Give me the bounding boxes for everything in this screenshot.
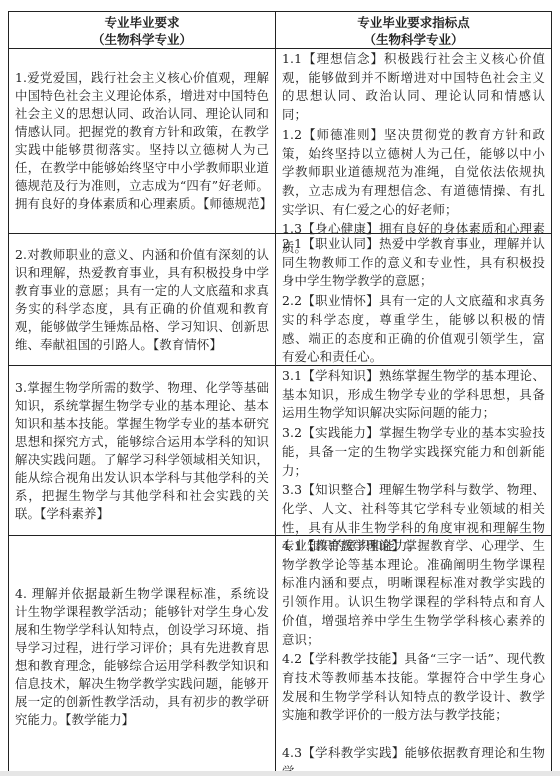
requirement-cell: 1.爱党爱国，践行社会主义核心价值观，理解中国特色社会主义理论体系，增进对中国特… bbox=[9, 49, 276, 233]
indicators-cell: 2.1【职业认同】热爱中学教育事业，理解并认同生物教师工作的意义和专业性，具有积… bbox=[276, 234, 551, 365]
indicator-item: 4.2【学科教学技能】具备“三字一话”、现代教育技术等教师基本技能。掌握符合中学… bbox=[282, 649, 545, 725]
table-row: 3.掌握生物学所需的数学、物理、化学等基础知识，系统掌握生物学专业的基本理论、基… bbox=[9, 366, 551, 536]
header-requirement-subtitle: （生物科学专业） bbox=[15, 31, 269, 48]
requirement-cell: 3.掌握生物学所需的数学、物理、化学等基础知识，系统掌握生物学专业的基本理论、基… bbox=[9, 366, 276, 535]
header-requirement: 专业毕业要求 （生物科学专业） bbox=[9, 12, 276, 48]
table-row: 2.对教师职业的意义、内涵和价值有深刻的认识和理解，热爱教育事业，具有积极投身中… bbox=[9, 234, 551, 366]
header-indicators-subtitle: （生物科学专业） bbox=[282, 31, 545, 48]
indicators-cell: 1.1【理想信念】积极践行社会主义核心价值观，能够做到并不断增进对中国特色社会主… bbox=[276, 49, 551, 233]
indicator-item: 3.1【学科知识】熟练掌握生物学的基本理论、基本知识，形成生物学专业的学科思想，… bbox=[282, 366, 545, 423]
page-bottom-edge bbox=[0, 771, 560, 776]
requirement-text: 3.掌握生物学所需的数学、物理、化学等基础知识，系统掌握生物学专业的基本理论、基… bbox=[15, 379, 269, 523]
graduation-requirements-table: 专业毕业要求 （生物科学专业） 专业毕业要求指标点 （生物科学专业） 1.爱党爱… bbox=[8, 11, 552, 776]
header-indicators: 专业毕业要求指标点 （生物科学专业） bbox=[276, 12, 551, 48]
header-indicators-title: 专业毕业要求指标点 bbox=[282, 14, 545, 31]
table-header-row: 专业毕业要求 （生物科学专业） 专业毕业要求指标点 （生物科学专业） bbox=[9, 12, 551, 49]
indicator-item: 2.1【职业认同】热爱中学教育事业，理解并认同生物教师工作的意义和专业性，具有积… bbox=[282, 234, 545, 291]
requirement-cell: 4. 理解并依据最新生物学课程标准，系统设计生物学课程教学活动；能够针对学生身心… bbox=[9, 536, 276, 776]
table-row: 1.爱党爱国，践行社会主义核心价值观，理解中国特色社会主义理论体系，增进对中国特… bbox=[9, 49, 551, 234]
header-requirement-title: 专业毕业要求 bbox=[15, 14, 269, 31]
table-row: 4. 理解并依据最新生物学课程标准，系统设计生物学课程教学活动；能够针对学生身心… bbox=[9, 536, 551, 776]
requirement-text: 2.对教师职业的意义、内涵和价值有深刻的认识和理解，热爱教育事业，具有积极投身中… bbox=[15, 246, 269, 354]
indicator-item: 1.1【理想信念】积极践行社会主义核心价值观，能够做到并不断增进对中国特色社会主… bbox=[282, 49, 545, 125]
indicator-item: 4.1【教育教学理论】掌握教育学、心理学、生物学教学论等基本理论。准确阐明生物学… bbox=[282, 536, 545, 649]
indicator-item: 3.2【实践能力】掌握生物学专业的基本实验技能，具备一定的生物学实践探究能力和创… bbox=[282, 423, 545, 480]
indicators-cell: 3.1【学科知识】熟练掌握生物学的基本理论、基本知识，形成生物学专业的学科思想，… bbox=[276, 366, 551, 535]
indicators-cell: 4.1【教育教学理论】掌握教育学、心理学、生物学教学论等基本理论。准确阐明生物学… bbox=[276, 536, 551, 776]
spacer bbox=[282, 725, 545, 743]
indicator-item: 1.2【师德准则】坚决贯彻党的教育方针和政策，始终坚持以立德树人为己任，能够以中… bbox=[282, 125, 545, 220]
requirement-text: 4. 理解并依据最新生物学课程标准，系统设计生物学课程教学活动；能够针对学生身心… bbox=[15, 585, 269, 729]
requirement-text: 1.爱党爱国，践行社会主义核心价值观，理解中国特色社会主义理论体系，增进对中国特… bbox=[15, 69, 269, 213]
requirement-cell: 2.对教师职业的意义、内涵和价值有深刻的认识和理解，热爱教育事业，具有积极投身中… bbox=[9, 234, 276, 365]
indicator-item: 2.2【职业情怀】具有一定的人文底蕴和求真务实的科学态度，尊重学生，能够以积极的… bbox=[282, 291, 545, 367]
document-page: 专业毕业要求 （生物科学专业） 专业毕业要求指标点 （生物科学专业） 1.爱党爱… bbox=[0, 0, 560, 776]
